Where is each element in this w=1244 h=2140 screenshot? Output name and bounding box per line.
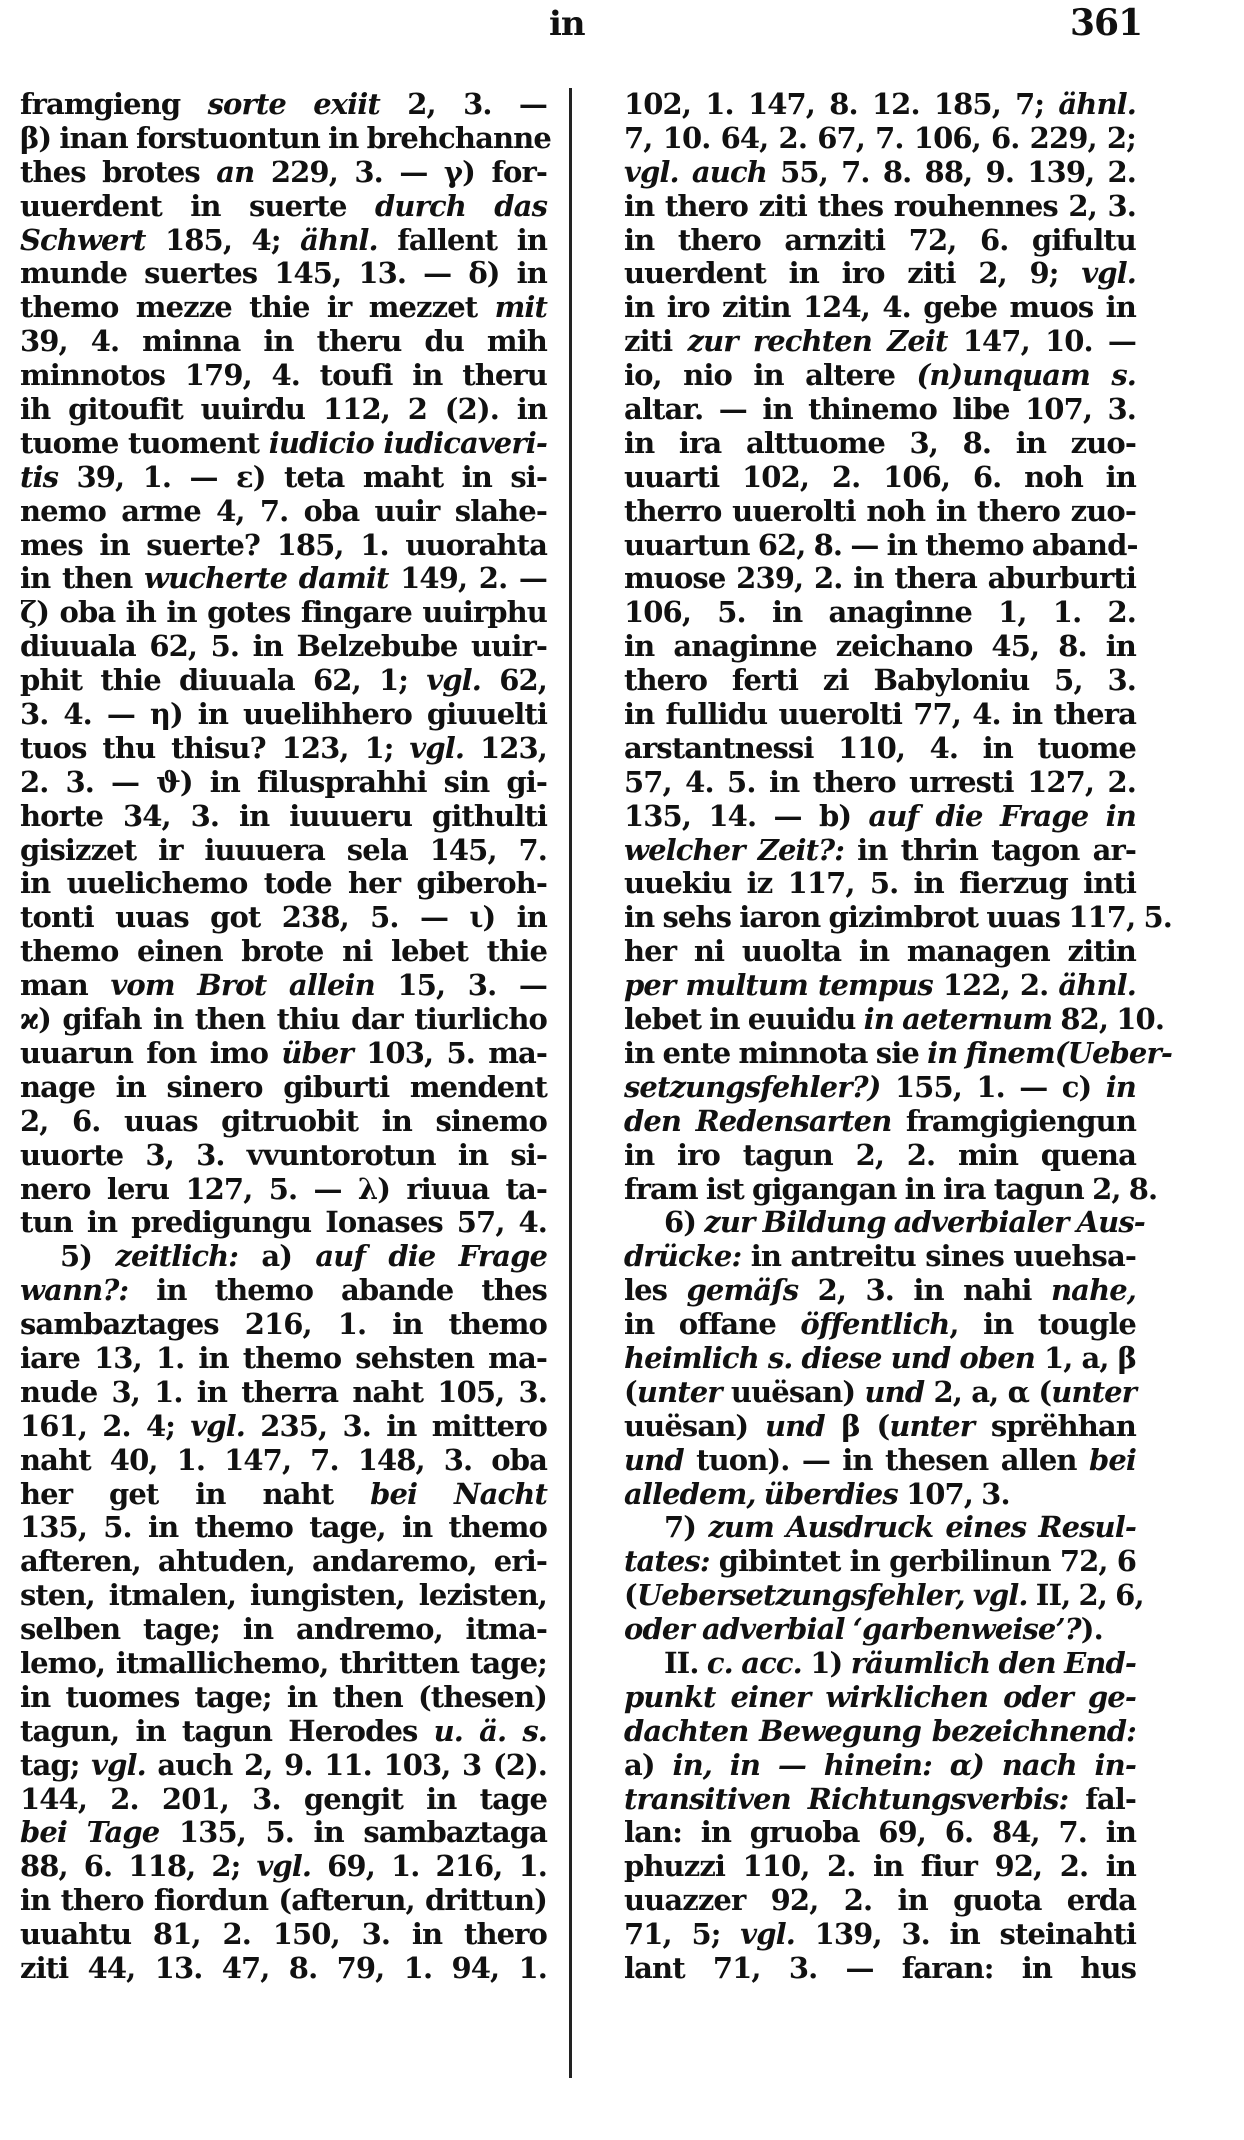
text-line: io, nio in altere (n)unquam s. — [624, 359, 1136, 393]
italic-text: zur Bildung adverbialer Aus- — [704, 1205, 1145, 1239]
italic-text: ähnl. — [1058, 968, 1136, 1002]
text-segment: lan: in gruoba 69, 6. 84, 7. in — [624, 1815, 1136, 1849]
text-line: heimlich s. diese und oben 1, a, β — [624, 1342, 1136, 1376]
text-line: man vom Brot allein 15, 3. — — [20, 969, 547, 1003]
italic-text: oder adverbial ‘garbenweise’? — [624, 1612, 1081, 1646]
text-segment: ziti 44, 13. 47, 8. 79, 1. 94, 1. — [20, 1951, 547, 1985]
text-segment: themo mezze thie ir mezzet — [20, 290, 495, 324]
text-segment: in offane — [624, 1307, 800, 1341]
italic-text: in — [1106, 1070, 1136, 1104]
text-segment: nage in sinero giburti mendent — [20, 1070, 547, 1104]
text-segment: tagun, in tagun Herodes — [20, 1714, 434, 1748]
text-line: uuarun fon imo über 103, 5. ma- — [20, 1037, 547, 1071]
text-line: uuerdent in iro ziti 2, 9; vgl. — [624, 257, 1136, 291]
text-segment: minnotos 179, 4. toufi in theru — [20, 358, 547, 392]
italic-text: punkt einer wirklichen oder ge- — [624, 1680, 1136, 1714]
text-line: in iro zitin 124, 4. gebe muos in — [624, 291, 1136, 325]
text-line: in iro tagun 2, 2. min quena — [624, 1139, 1136, 1173]
text-segment: thes brotes — [20, 155, 216, 189]
text-segment: , in tougle — [949, 1307, 1136, 1341]
text-segment: fal- — [1068, 1782, 1136, 1816]
text-segment: muose 239, 2. in thera aburburti — [624, 561, 1136, 595]
text-line: 88, 6. 118, 2; vgl. 69, 1. 216, 1. — [20, 1850, 547, 1884]
text-line: 102, 1. 147, 8. 12. 185, 7; ähnl. — [624, 88, 1136, 122]
text-segment: 2. 3. — ϑ) in filusprahhi sin gi- — [20, 765, 547, 799]
text-line: lebet in euuidu in aeternum 82, 10. — [624, 1003, 1136, 1037]
italic-text: mit — [495, 290, 547, 324]
text-segment: man — [20, 968, 110, 1002]
italic-text: iudicio iudicaveri- — [269, 426, 547, 460]
text-segment: ziti — [624, 324, 688, 358]
text-segment: naht 40, 1. 147, 7. 148, 3. oba — [20, 1443, 547, 1477]
text-line: thero ferti zi Babyloniu 5, 3. — [624, 664, 1136, 698]
italic-text: transitiven Richtungsverbis: — [624, 1782, 1068, 1816]
text-line: horte 34, 3. in iuuueru githulti — [20, 800, 547, 834]
text-segment: 1) — [802, 1646, 851, 1680]
text-segment: therro uuerolti noh in thero zuo- — [624, 494, 1136, 528]
text-segment: horte 34, 3. in iuuueru githulti — [20, 799, 547, 833]
text-line: 144, 2. 201, 3. gengit in tage — [20, 1783, 547, 1817]
text-line: drücke: in antreitu sines uuehsa- — [624, 1240, 1136, 1274]
text-segment: a) — [238, 1239, 315, 1273]
text-segment: ( — [624, 1578, 637, 1612]
text-line: diuuala 62, 5. in Belzebube uuir- — [20, 630, 547, 664]
text-line: her get in naht bei Nacht — [20, 1478, 547, 1512]
text-line: uuarti 102, 2. 106, 6. noh in — [624, 461, 1136, 495]
text-segment: in tuomes tage; in then (thesen) — [20, 1680, 547, 1714]
text-line: gisizzet ir iuuuera sela 145, 7. — [20, 834, 547, 868]
text-segment: 103, 5. ma- — [353, 1036, 547, 1070]
italic-text: gemäſs — [687, 1273, 799, 1307]
text-segment: munde suertes 145, 13. — δ) in — [20, 256, 547, 290]
text-line: uuerdent in suerte durch das — [20, 190, 547, 224]
text-segment: altar. — in thinemo libe 107, 3. — [624, 392, 1136, 426]
text-line: 71, 5; vgl. 139, 3. in steinahti — [624, 1918, 1136, 1952]
text-segment: phit thie diuuala 62, 1; — [20, 663, 426, 697]
text-segment: 235, 3. in mittero — [245, 1409, 547, 1443]
text-segment: uuerdent in iro ziti 2, 9; — [624, 256, 1081, 290]
italic-text: und — [624, 1443, 684, 1477]
italic-text: den Redensarten — [624, 1104, 891, 1138]
text-line: mes in suerte? 185, 1. uuorahta — [20, 529, 547, 563]
text-line: 161, 2. 4; vgl. 235, 3. in mittero — [20, 1410, 547, 1444]
text-segment: uuartun 62, 8. — in themo aband- — [624, 528, 1138, 562]
text-line: iare 13, 1. in themo sehsten ma- — [20, 1342, 547, 1376]
text-line: 135, 14. — b) auf die Frage in — [624, 800, 1136, 834]
text-line: 5) zeitlich: a) auf die Frage — [20, 1240, 547, 1274]
italic-text: alledem, überdies — [624, 1477, 898, 1511]
text-segment: uuarun fon imo — [20, 1036, 281, 1070]
italic-text: öffentlich — [800, 1307, 949, 1341]
italic-text: räumlich den End- — [851, 1646, 1136, 1680]
text-segment: II, 2, 6, — [1028, 1578, 1144, 1612]
text-line: per multum tempus 122, 2. ähnl. — [624, 969, 1136, 1003]
text-line: themo mezze thie ir mezzet mit — [20, 291, 547, 325]
text-segment: 139, 3. in steinahti — [795, 1917, 1136, 1951]
italic-text: durch das — [375, 189, 547, 223]
text-line: in ira alttuome 3, 8. in zuo- — [624, 427, 1136, 461]
text-line: 6) zur Bildung adverbialer Aus- — [624, 1206, 1136, 1240]
text-line: welcher Zeit?: in thrin tagon ar- — [624, 834, 1136, 868]
text-segment: sten, itmalen, iungisten, lezisten, — [20, 1578, 547, 1612]
text-segment: 39, 4. minna in theru du mih — [20, 324, 547, 358]
text-line: punkt einer wirklichen oder ge- — [624, 1681, 1136, 1715]
text-segment: 102, 1. 147, 8. 12. 185, 7; — [624, 87, 1058, 121]
italic-text: in finem(Ueber- — [927, 1036, 1172, 1070]
text-line: und tuon). — in thesen allen bei — [624, 1444, 1136, 1478]
text-line: 39, 4. minna in theru du mih — [20, 325, 547, 359]
italic-text: zeitlich: — [115, 1239, 238, 1273]
text-column-left: framgieng sorte exiit 2, 3. —β) inan for… — [20, 88, 547, 1986]
italic-text: α) nach in- — [950, 1748, 1136, 1782]
italic-text: vgl. — [1081, 256, 1136, 290]
text-segment: 123, — [464, 731, 547, 765]
text-segment: 122, 2. — [933, 968, 1059, 1002]
italic-text: vgl. — [426, 663, 481, 697]
italic-text: (n)unquam — [917, 358, 1090, 392]
text-segment: in fullidu uuerolti 77, 4. in thera — [624, 697, 1136, 731]
text-segment: iare 13, 1. in themo sehsten ma- — [20, 1341, 547, 1375]
text-segment: arstantnessi 110, 4. in tuome — [624, 731, 1136, 765]
text-line: in uuelichemo tode her giberoh- — [20, 867, 547, 901]
text-segment: lemo, itmallichemo, thritten tage; — [20, 1646, 547, 1680]
text-segment: 144, 2. 201, 3. gengit in tage — [20, 1782, 547, 1816]
text-line: uuazzer 92, 2. in guota erda — [624, 1884, 1136, 1918]
italic-text: zum Ausdruck eines Resul- — [708, 1510, 1136, 1544]
text-line: tates: gibintet in gerbilinun 72, 6 — [624, 1545, 1136, 1579]
italic-text: unter — [1051, 1375, 1136, 1409]
text-segment: II. — [664, 1646, 707, 1680]
italic-text: an — [216, 155, 254, 189]
italic-text: Schwert — [20, 223, 145, 257]
italic-text: vgl. — [409, 731, 464, 765]
italic-text: c. acc. — [707, 1646, 802, 1680]
text-segment: phuzzi 110, 2. in fiur 92, 2. in — [624, 1849, 1136, 1883]
text-line: a) in, in — hinein: α) nach in- — [624, 1749, 1136, 1783]
running-headword: in — [549, 4, 585, 44]
text-segment: uuësan) — [624, 1409, 765, 1443]
text-segment: 229, 3. — γ) for- — [254, 155, 547, 189]
text-segment: themo einen brote ni lebet thie — [20, 934, 547, 968]
text-line: therro uuerolti noh in thero zuo- — [624, 495, 1136, 529]
italic-text: unter — [889, 1409, 974, 1443]
text-segment: mes in suerte? 185, 1. uuorahta — [20, 528, 547, 562]
text-segment — [1090, 358, 1111, 392]
text-segment: 135, 14. — b) — [624, 799, 869, 833]
text-line: lan: in gruoba 69, 6. 84, 7. in — [624, 1816, 1136, 1850]
italic-text: vgl. — [740, 1917, 795, 1951]
text-segment: tag; — [20, 1748, 91, 1782]
text-segment: fallent in — [378, 223, 547, 257]
text-line: ζ) oba ih in gotes fingare uuirphu — [20, 596, 547, 630]
italic-text: drücke: — [624, 1239, 741, 1273]
text-segment: 155, 1. — c) — [880, 1070, 1105, 1104]
text-segment: 5) — [60, 1239, 115, 1273]
italic-text: per multum tempus — [624, 968, 933, 1002]
text-segment: diuuala 62, 5. in Belzebube uuir- — [20, 629, 547, 663]
italic-text: zur rechten Zeit — [688, 324, 948, 358]
text-segment: 15, 3. — — [375, 968, 547, 1002]
text-segment: 107, 3. — [898, 1477, 1010, 1511]
page-number: 361 — [1070, 2, 1142, 44]
text-column-right: 102, 1. 147, 8. 12. 185, 7; ähnl.7, 10. … — [624, 88, 1136, 1986]
text-segment: framgieng — [20, 87, 208, 121]
text-line: muose 239, 2. in thera aburburti — [624, 562, 1136, 596]
text-line: tun in predigungu Ionases 57, 4. — [20, 1206, 547, 1240]
text-segment: in ira alttuome 3, 8. in zuo- — [624, 426, 1136, 460]
italic-text: ähnl. — [300, 223, 378, 257]
text-segment: her ni uuolta in managen zitin — [624, 934, 1136, 968]
text-segment: β) inan forstuontun in brehchanne — [20, 121, 551, 155]
italic-text: sorte exiit — [208, 87, 380, 121]
text-line: afteren, ahtuden, andaremo, eri- — [20, 1545, 547, 1579]
text-segment: ζ) oba ih in gotes fingare uuirphu — [20, 595, 547, 629]
text-segment: 106, 5. in anaginne 1, 1. 2. — [624, 595, 1136, 629]
italic-text: vgl. — [256, 1849, 311, 1883]
text-line: naht 40, 1. 147, 7. 148, 3. oba — [20, 1444, 547, 1478]
text-line: 57, 4. 5. in thero urresti 127, 2. — [624, 766, 1136, 800]
text-segment: 147, 10. — — [948, 324, 1136, 358]
text-segment: in thero arnziti 72, 6. gifultu — [624, 223, 1136, 257]
text-segment — [932, 1748, 950, 1782]
text-line: nude 3, 1. in therra naht 105, 3. — [20, 1376, 547, 1410]
text-segment: in ente minnota sie — [624, 1036, 927, 1070]
italic-text: und — [864, 1375, 924, 1409]
italic-text: vgl. auch — [624, 155, 767, 189]
text-segment: sprëhhan — [974, 1409, 1136, 1443]
text-line: in then wucherte damit 149, 2. — — [20, 562, 547, 596]
text-segment: 1, a, β — [1035, 1341, 1136, 1375]
text-segment: framgigiengun — [891, 1104, 1136, 1138]
text-segment: uuekiu iz 117, 5. in fierzug inti — [624, 866, 1136, 900]
text-segment: 88, 6. 118, 2; — [20, 1849, 256, 1883]
text-segment: auch 2, 9. 11. 103, 3 (2). — [146, 1748, 547, 1782]
text-line: tuos thu thisu? 123, 1; vgl. 123, — [20, 732, 547, 766]
italic-text: tis — [20, 460, 58, 494]
text-segment: les — [624, 1273, 687, 1307]
text-segment: in thrin tagon ar- — [844, 833, 1136, 867]
text-line: tonti uuas got 238, 5. — ι) in — [20, 901, 547, 935]
text-segment: in anaginne zeichano 45, 8. in — [624, 629, 1136, 663]
text-segment: ih gitoufit uuirdu 112, 2 (2). in — [20, 392, 547, 426]
text-line: vgl. auch 55, 7. 8. 88, 9. 139, 2. — [624, 156, 1136, 190]
text-line: 7) zum Ausdruck eines Resul- — [624, 1511, 1136, 1545]
italic-text: setzungsfehler?) — [624, 1070, 880, 1104]
text-segment: 7, 10. 64, 2. 67, 7. 106, 6. 229, 2; — [624, 121, 1136, 155]
text-segment: uuazzer 92, 2. in guota erda — [624, 1883, 1136, 1917]
text-segment: selben tage; in andremo, itma- — [20, 1612, 547, 1646]
text-line: les gemäſs 2, 3. in nahi nahe, — [624, 1274, 1136, 1308]
text-segment: io, nio in altere — [624, 358, 917, 392]
italic-text: in aeternum — [864, 1002, 1053, 1036]
italic-text: bei Nacht — [370, 1477, 547, 1511]
text-line: themo einen brote ni lebet thie — [20, 935, 547, 969]
text-line: II. c. acc. 1) räumlich den End- — [624, 1647, 1136, 1681]
text-line: framgieng sorte exiit 2, 3. — — [20, 88, 547, 122]
text-line: Schwert 185, 4; ähnl. fallent in — [20, 224, 547, 258]
text-line: phuzzi 110, 2. in fiur 92, 2. in — [624, 1850, 1136, 1884]
text-segment: 57, 4. 5. in thero urresti 127, 2. — [624, 765, 1136, 799]
italic-text: welcher Zeit?: — [624, 833, 844, 867]
text-line: her ni uuolta in managen zitin — [624, 935, 1136, 969]
italic-text: Uebersetzungsfehler, vgl. — [637, 1578, 1028, 1612]
text-line: sambaztages 216, 1. in themo — [20, 1308, 547, 1342]
text-line: thes brotes an 229, 3. — γ) for- — [20, 156, 547, 190]
italic-text: wucherte damit — [144, 561, 388, 595]
text-segment: ). — [1081, 1612, 1103, 1646]
text-line: transitiven Richtungsverbis: fal- — [624, 1783, 1136, 1817]
italic-text: auf die Frage in — [869, 799, 1136, 833]
text-line: in ente minnota sie in finem(Ueber- — [624, 1037, 1136, 1071]
text-segment: 161, 2. 4; — [20, 1409, 190, 1443]
text-line: uuahtu 81, 2. 150, 3. in thero — [20, 1918, 547, 1952]
text-segment: tonti uuas got 238, 5. — ι) in — [20, 900, 547, 934]
text-line: uuësan) und β (unter sprëhhan — [624, 1410, 1136, 1444]
text-segment: 135, 5. in sambaztaga — [159, 1815, 547, 1849]
text-line: phit thie diuuala 62, 1; vgl. 62, — [20, 664, 547, 698]
text-segment: in then — [20, 561, 144, 595]
italic-text: und — [765, 1409, 825, 1443]
text-line: bei Tage 135, 5. in sambaztaga — [20, 1816, 547, 1850]
text-line: uuorte 3, 3. vvuntorotun in si- — [20, 1139, 547, 1173]
text-line: tag; vgl. auch 2, 9. 11. 103, 3 (2). — [20, 1749, 547, 1783]
text-segment: sambaztages 216, 1. in themo — [20, 1307, 547, 1341]
text-segment: nemo arme 4, 7. oba uuir slahe- — [20, 494, 547, 528]
text-segment: 82, 10. — [1052, 1002, 1164, 1036]
text-segment: her get in naht — [20, 1477, 370, 1511]
text-line: den Redensarten framgigiengun — [624, 1105, 1136, 1139]
text-line: minnotos 179, 4. toufi in theru — [20, 359, 547, 393]
text-line: in anaginne zeichano 45, 8. in — [624, 630, 1136, 664]
text-segment: gibintet in gerbilinun 72, 6 — [710, 1544, 1136, 1578]
italic-text: vgl. — [91, 1748, 146, 1782]
text-segment: β ( — [825, 1409, 890, 1443]
text-line: in thero ziti thes rouhennes 2, 3. — [624, 190, 1136, 224]
italic-text: wann?: — [20, 1273, 128, 1307]
italic-text: s. — [1111, 358, 1136, 392]
text-line: 106, 5. in anaginne 1, 1. 2. — [624, 596, 1136, 630]
italic-text: unter — [637, 1375, 722, 1409]
text-segment: ϰ) gifah in then thiu dar tiurlicho — [20, 1002, 547, 1036]
text-line: lemo, itmallichemo, thritten tage; — [20, 1647, 547, 1681]
text-line: arstantnessi 110, 4. in tuome — [624, 732, 1136, 766]
text-line: ziti zur rechten Zeit 147, 10. — — [624, 325, 1136, 359]
text-segment: uuorte 3, 3. vvuntorotun in si- — [20, 1138, 547, 1172]
text-segment: in antreitu sines uuehsa- — [741, 1239, 1136, 1273]
text-line: nage in sinero giburti mendent — [20, 1071, 547, 1105]
text-line: in thero fiordun (afterun, drittun) — [20, 1884, 547, 1918]
text-line: in tuomes tage; in then (thesen) — [20, 1681, 547, 1715]
text-line: setzungsfehler?) 155, 1. — c) in — [624, 1071, 1136, 1105]
text-segment: 2, 6. uuas gitruobit in sinemo — [20, 1104, 547, 1138]
text-line: dachten Bewegung bezeichnend: — [624, 1715, 1136, 1749]
italic-text: bei Tage — [20, 1815, 159, 1849]
text-line: wann?: in themo abande thes — [20, 1274, 547, 1308]
text-line: 3. 4. — η) in uuelihhero giuuelti — [20, 698, 547, 732]
text-line: (Uebersetzungsfehler, vgl. II, 2, 6, — [624, 1579, 1136, 1613]
text-segment: 185, 4; — [145, 223, 300, 257]
text-segment: fram ist gigangan in ira tagun 2, 8. — [624, 1172, 1157, 1206]
text-segment: nude 3, 1. in therra naht 105, 3. — [20, 1375, 547, 1409]
text-segment: in themo abande thes — [128, 1273, 547, 1307]
text-segment: in thero ziti thes rouhennes 2, 3. — [624, 189, 1136, 223]
text-line: lant 71, 3. — faran: in hus — [624, 1952, 1136, 1986]
text-segment: 2, 3. — — [380, 87, 547, 121]
text-line: in fullidu uuerolti 77, 4. in thera — [624, 698, 1136, 732]
text-segment: gisizzet ir iuuuera sela 145, 7. — [20, 833, 547, 867]
text-line: (unter uuësan) und 2, a, α (unter — [624, 1376, 1136, 1410]
text-segment: 69, 1. 216, 1. — [311, 1849, 547, 1883]
text-segment: tun in predigungu Ionases 57, 4. — [20, 1205, 547, 1239]
text-segment: tuon). — in thesen allen — [684, 1443, 1089, 1477]
text-segment: 55, 7. 8. 88, 9. 139, 2. — [767, 155, 1136, 189]
text-segment: uuarti 102, 2. 106, 6. noh in — [624, 460, 1136, 494]
text-line: tagun, in tagun Herodes u. ä. s. — [20, 1715, 547, 1749]
text-segment: 149, 2. — — [388, 561, 547, 595]
text-line: oder adverbial ‘garbenweise’?). — [624, 1613, 1136, 1647]
italic-text: tates: — [624, 1544, 710, 1578]
italic-text: in, in — hinein: — [673, 1748, 932, 1782]
text-segment: a) — [624, 1748, 673, 1782]
text-segment: in uuelichemo tode her giberoh- — [20, 866, 547, 900]
italic-text: vom Brot allein — [110, 968, 374, 1002]
text-segment: in thero fiordun (afterun, drittun) — [20, 1883, 547, 1917]
text-line: β) inan forstuontun in brehchanne — [20, 122, 547, 156]
text-segment: 135, 5. in themo tage, in themo — [20, 1510, 547, 1544]
text-line: ih gitoufit uuirdu 112, 2 (2). in — [20, 393, 547, 427]
text-segment: afteren, ahtuden, andaremo, eri- — [20, 1544, 547, 1578]
text-line: 2. 3. — ϑ) in filusprahhi sin gi- — [20, 766, 547, 800]
text-line: in offane öffentlich, in tougle — [624, 1308, 1136, 1342]
text-line: 135, 5. in themo tage, in themo — [20, 1511, 547, 1545]
text-line: in sehs iaron gizimbrot uuas 117, 5. — [624, 901, 1136, 935]
text-line: nero leru 127, 5. — λ) riuua ta- — [20, 1173, 547, 1207]
italic-text: u. ä. s. — [434, 1714, 547, 1748]
text-segment: in iro tagun 2, 2. min quena — [624, 1138, 1136, 1172]
text-line: munde suertes 145, 13. — δ) in — [20, 257, 547, 291]
text-line: tuome tuoment iudicio iudicaveri- — [20, 427, 547, 461]
text-segment: 7) — [664, 1510, 708, 1544]
text-segment: in iro zitin 124, 4. gebe muos in — [624, 290, 1136, 324]
text-segment: in sehs iaron gizimbrot uuas 117, 5. — [624, 900, 1172, 934]
italic-text: nahe, — [1051, 1273, 1136, 1307]
text-segment: nero leru 127, 5. — λ) riuua ta- — [20, 1172, 547, 1206]
text-segment: 6) — [664, 1205, 704, 1239]
text-segment: thero ferti zi Babyloniu 5, 3. — [624, 663, 1136, 697]
text-line: uuartun 62, 8. — in themo aband- — [624, 529, 1136, 563]
text-line: selben tage; in andremo, itma- — [20, 1613, 547, 1647]
text-line: ziti 44, 13. 47, 8. 79, 1. 94, 1. — [20, 1952, 547, 1986]
italic-text: ähnl. — [1058, 87, 1136, 121]
italic-text: dachten Bewegung bezeichnend: — [624, 1714, 1136, 1748]
text-line: fram ist gigangan in ira tagun 2, 8. — [624, 1173, 1136, 1207]
italic-text: auf die Frage — [315, 1239, 547, 1273]
italic-text: vgl. — [190, 1409, 245, 1443]
italic-text: bei — [1089, 1443, 1136, 1477]
text-segment: tuos thu thisu? 123, 1; — [20, 731, 409, 765]
column-divider — [569, 88, 572, 2078]
text-segment: ( — [624, 1375, 637, 1409]
text-segment: uuerdent in suerte — [20, 189, 375, 223]
text-segment: uuahtu 81, 2. 150, 3. in thero — [20, 1917, 547, 1951]
text-segment: 2, a, α ( — [924, 1375, 1051, 1409]
text-line: altar. — in thinemo libe 107, 3. — [624, 393, 1136, 427]
text-line: tis 39, 1. — ε) teta maht in si- — [20, 461, 547, 495]
text-line: ϰ) gifah in then thiu dar tiurlicho — [20, 1003, 547, 1037]
text-segment: lebet in euuidu — [624, 1002, 864, 1036]
text-segment: tuome tuoment — [20, 426, 269, 460]
text-segment: lant 71, 3. — faran: in hus — [624, 1951, 1136, 1985]
